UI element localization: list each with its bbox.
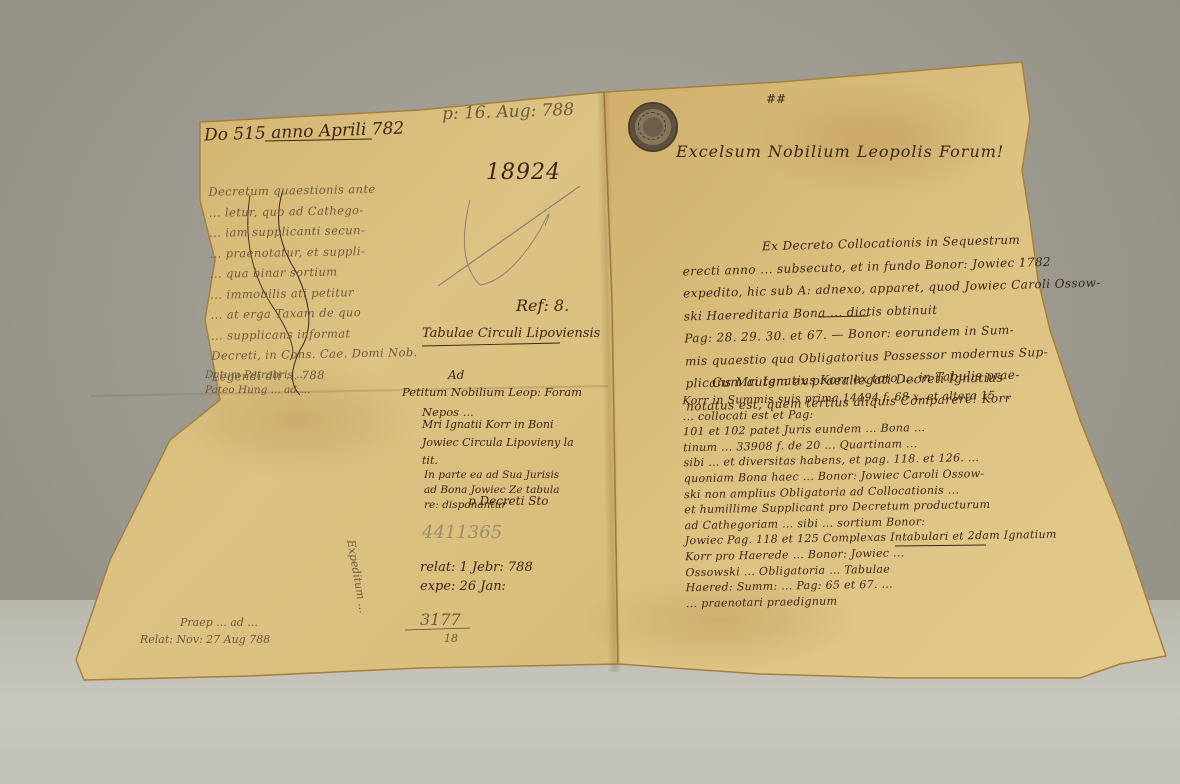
left-body-text: Mri Ignatii Korr in Boni Jowiec Circula … — [422, 416, 574, 470]
reference-number: 18924 — [486, 160, 561, 185]
signature: p Decreti Sto — [468, 494, 549, 508]
lower-margin-note: Datum Petrobris ... Pateo Hung ... ad ..… — [205, 368, 310, 398]
pencil-number: 4411365 — [422, 522, 502, 543]
salutation: Excelsum Nobilium Leopolis Forum! — [676, 142, 1004, 161]
archive-subnumber: 18 — [444, 632, 458, 645]
bottom-note: Praep ... ad ... Relat: Nov: 27 Aug 788 — [140, 614, 270, 648]
paragraph-2: Cum autem ex praeallegati Decreti Ignati… — [682, 367, 1058, 612]
ink-seal-stamp — [628, 102, 678, 152]
folio-mark: Ref: 8. — [516, 296, 569, 315]
office-heading: Tabulae Circuli Lipoviensis — [422, 326, 600, 341]
top-mark: ## — [766, 92, 786, 106]
archive-number: 3177 — [420, 610, 461, 629]
registration-note: relat: 1 Jebr: 788 expe: 26 Jan: — [420, 558, 533, 596]
addressee-label: Ad — [448, 368, 464, 382]
margin-note: Decretum quaestionis ante ... letur, quo… — [208, 178, 418, 387]
